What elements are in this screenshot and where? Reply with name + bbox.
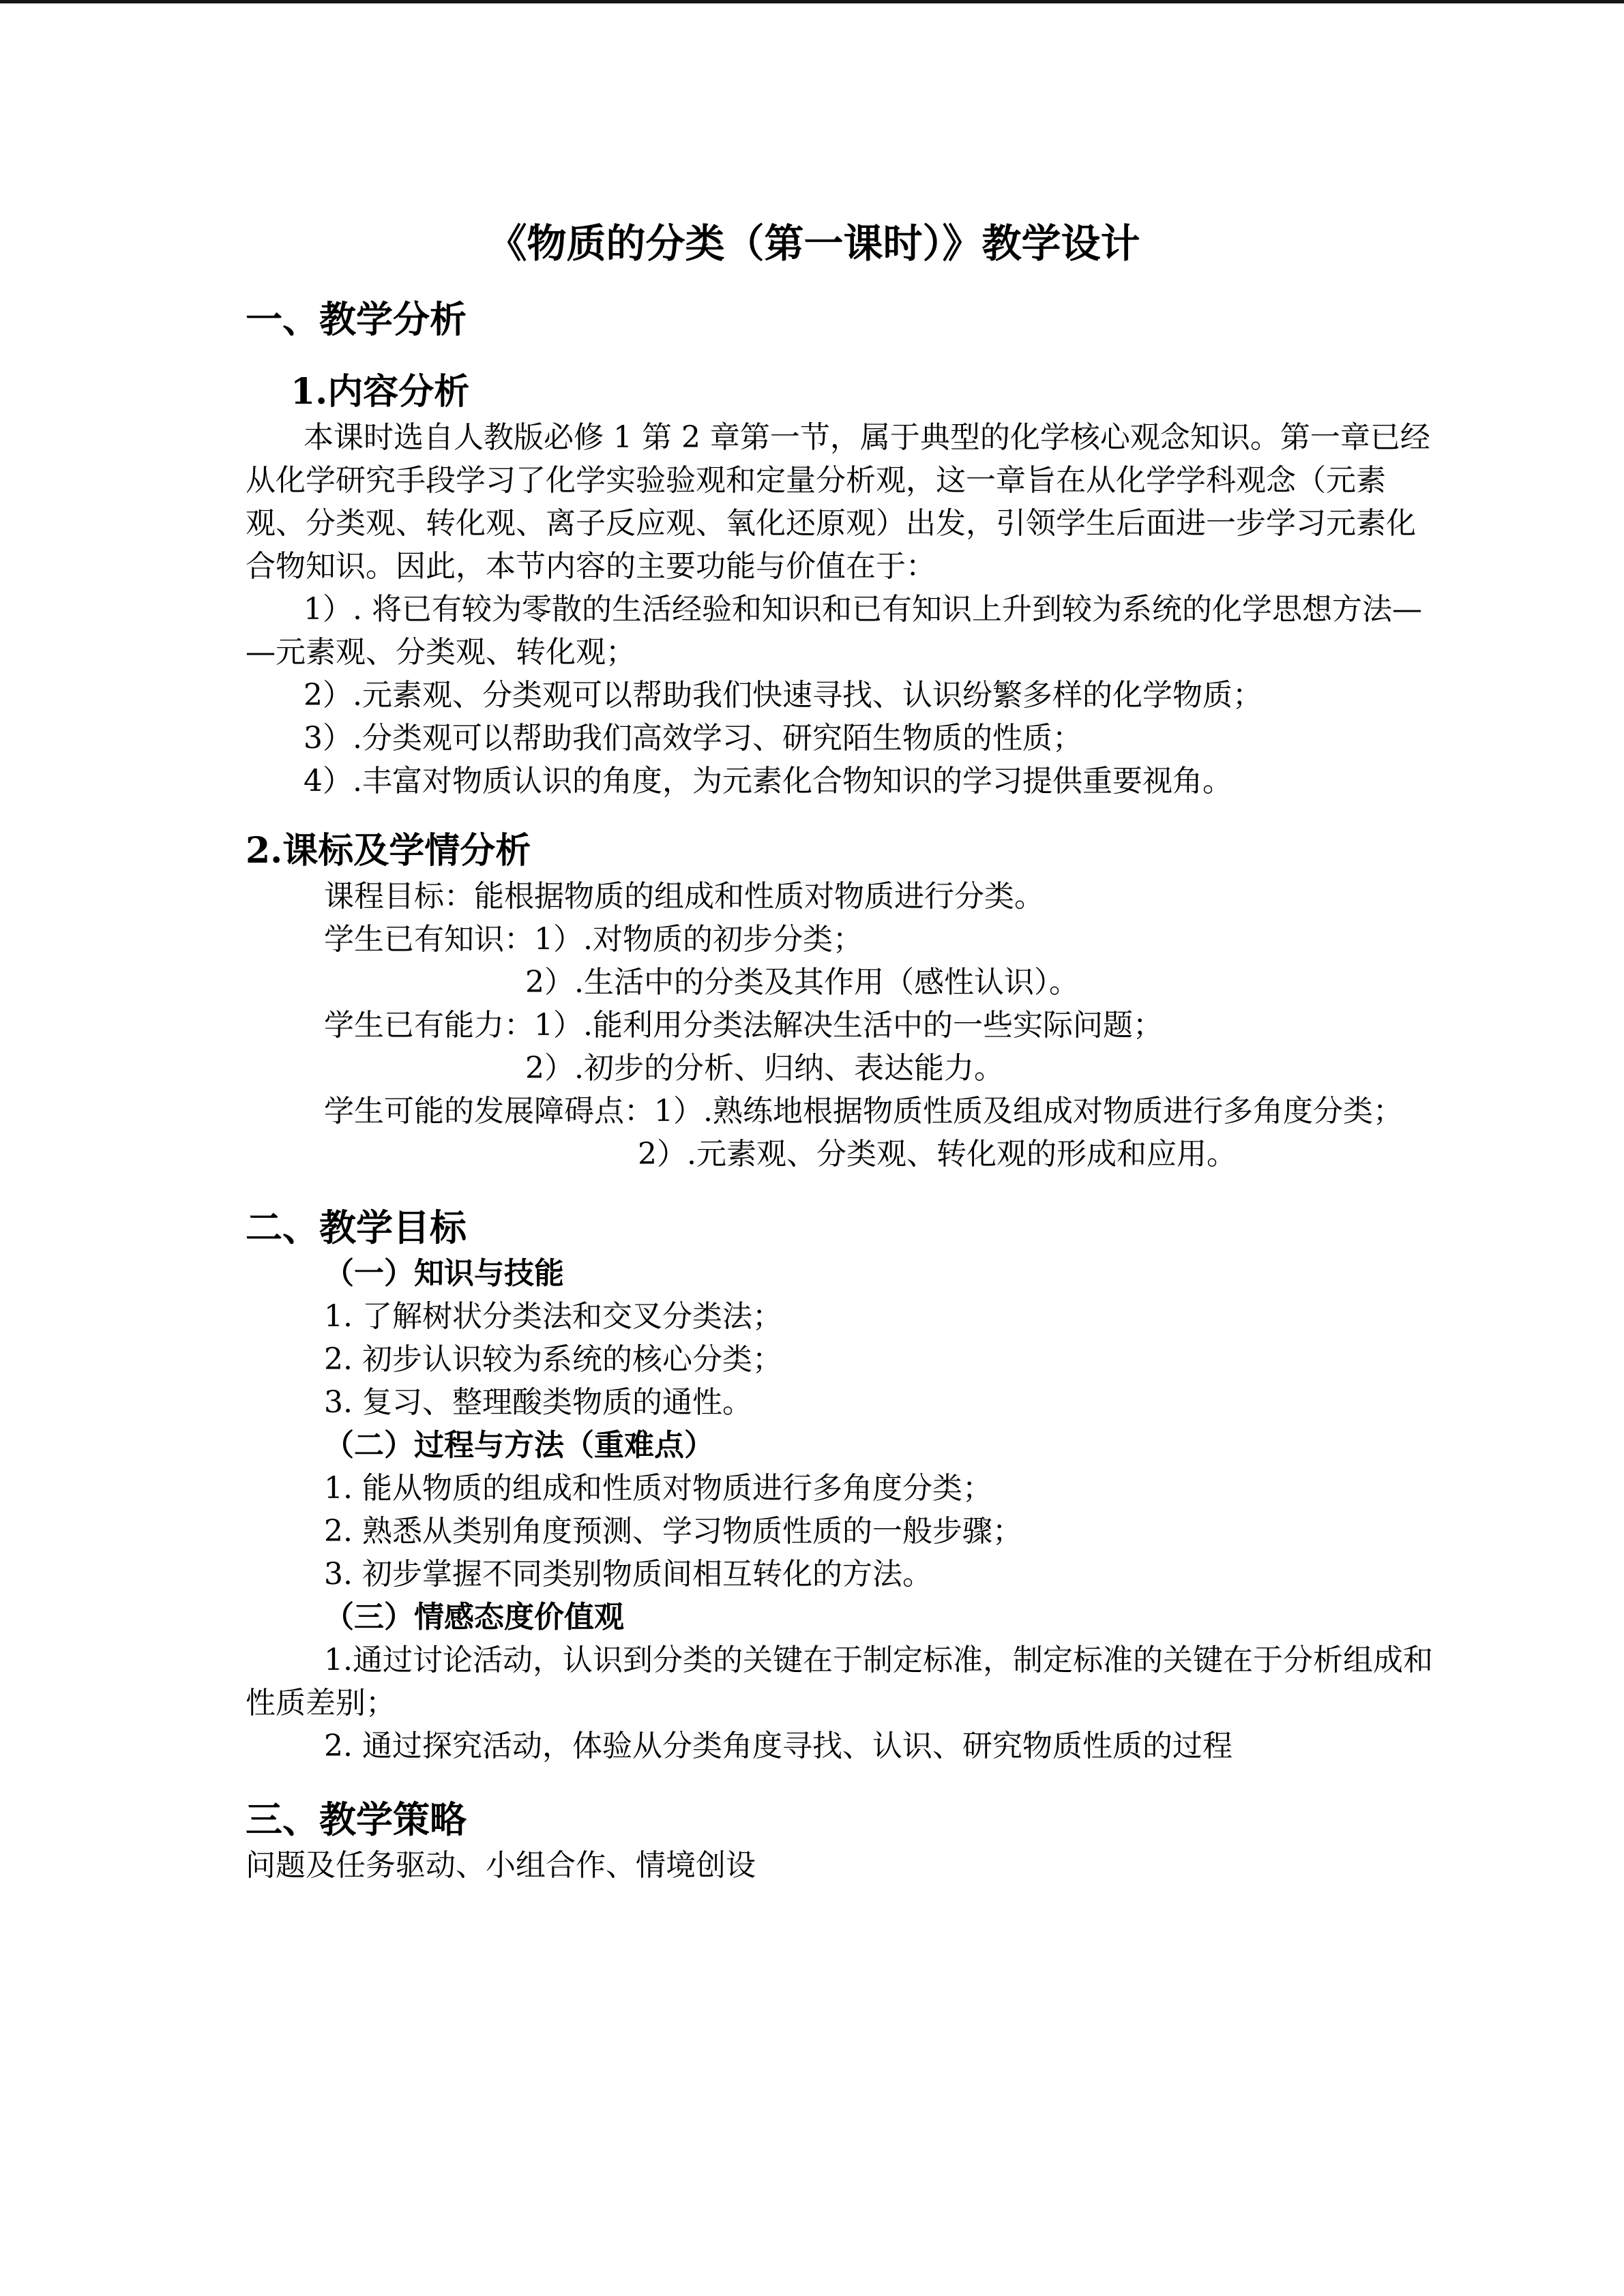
list-item-line: 3）.分类观可以帮助我们高效学习、研究陌生物质的性质；	[246, 717, 1382, 760]
document-page: 《物质的分类（第一课时）》教学设计 一、教学分析1.内容分析本课时选自人教版必修…	[0, 3, 1624, 2296]
list-item-line: —元素观、分类观、转化观；	[246, 631, 1382, 674]
section-heading-teaching-analysis: 一、教学分析	[246, 295, 1382, 344]
section-heading-teaching-objectives: 二、教学目标	[246, 1203, 1382, 1252]
subsection-heading-curriculum-analysis: 2.课标及学情分析	[246, 827, 1382, 875]
subsection-heading-content-analysis: 1.内容分析	[246, 368, 1382, 416]
section-heading-teaching-strategy: 三、教学策略	[246, 1795, 1382, 1844]
paragraph-line: 学生可能的发展障碍点：1）.熟练地根据物质性质及组成对物质进行多角度分类；	[246, 1090, 1382, 1133]
list-item-line: 2）.元素观、分类观、转化观的形成和应用。	[246, 1133, 1382, 1176]
list-item-line: 3. 复习、整理酸类物质的通性。	[246, 1381, 1382, 1424]
paragraph-line: 合物知识。因此，本节内容的主要功能与价值在于：	[246, 545, 1382, 588]
page-title: 《物质的分类（第一课时）》教学设计	[246, 220, 1382, 267]
list-item-line: 4）.丰富对物质认识的角度，为元素化合物知识的学习提供重要视角。	[246, 760, 1382, 803]
list-item-line: 1）. 将已有较为零散的生活经验和知识和已有知识上升到较为系统的化学思想方法—	[246, 588, 1382, 631]
paragraph-line: 学生已有能力：1）.能利用分类法解决生活中的一些实际问题；	[246, 1004, 1382, 1047]
sub-subsection-heading-process-methods: （二）过程与方法（重难点）	[246, 1424, 1382, 1467]
list-item-line: 1. 了解树状分类法和交叉分类法；	[246, 1295, 1382, 1338]
paragraph-line: 从化学研究手段学习了化学实验验观和定量分析观，这一章旨在从化学学科观念（元素	[246, 459, 1382, 502]
list-item-line: 2. 通过探究活动，体验从分类角度寻找、认识、研究物质性质的过程	[246, 1725, 1382, 1768]
paragraph-line: 学生已有知识：1）.对物质的初步分类；	[246, 918, 1382, 961]
document-body: 一、教学分析1.内容分析本课时选自人教版必修 1 第 2 章第一节，属于典型的化…	[246, 295, 1382, 1887]
page-top-border	[0, 0, 1624, 3]
list-item-line: 3. 初步掌握不同类别物质间相互转化的方法。	[246, 1553, 1382, 1596]
list-item-line: 性质差别；	[246, 1682, 1382, 1725]
list-item-line: 2）.元素观、分类观可以帮助我们快速寻找、认识纷繁多样的化学物质；	[246, 674, 1382, 717]
paragraph-line: 课程目标：能根据物质的组成和性质对物质进行分类。	[246, 875, 1382, 918]
sub-subsection-heading-emotion-values: （三）情感态度价值观	[246, 1596, 1382, 1639]
list-item-line: 2）.生活中的分类及其作用（感性认识）。	[246, 961, 1382, 1004]
list-item-line: 2. 初步认识较为系统的核心分类；	[246, 1338, 1382, 1381]
paragraph-line: 本课时选自人教版必修 1 第 2 章第一节，属于典型的化学核心观念知识。第一章已…	[246, 416, 1382, 459]
sub-subsection-heading-knowledge-skills: （一）知识与技能	[246, 1252, 1382, 1295]
list-item-line: 2. 熟悉从类别角度预测、学习物质性质的一般步骤；	[246, 1510, 1382, 1553]
list-item-line: 1. 能从物质的组成和性质对物质进行多角度分类；	[246, 1467, 1382, 1510]
list-item-line: 1.通过讨论活动，认识到分类的关键在于制定标准，制定标准的关键在于分析组成和	[246, 1639, 1382, 1682]
list-item-line: 2）.初步的分析、归纳、表达能力。	[246, 1047, 1382, 1090]
paragraph-line: 问题及任务驱动、小组合作、情境创设	[246, 1844, 1382, 1887]
paragraph-line: 观、分类观、转化观、离子反应观、氧化还原观）出发，引领学生后面进一步学习元素化	[246, 502, 1382, 545]
